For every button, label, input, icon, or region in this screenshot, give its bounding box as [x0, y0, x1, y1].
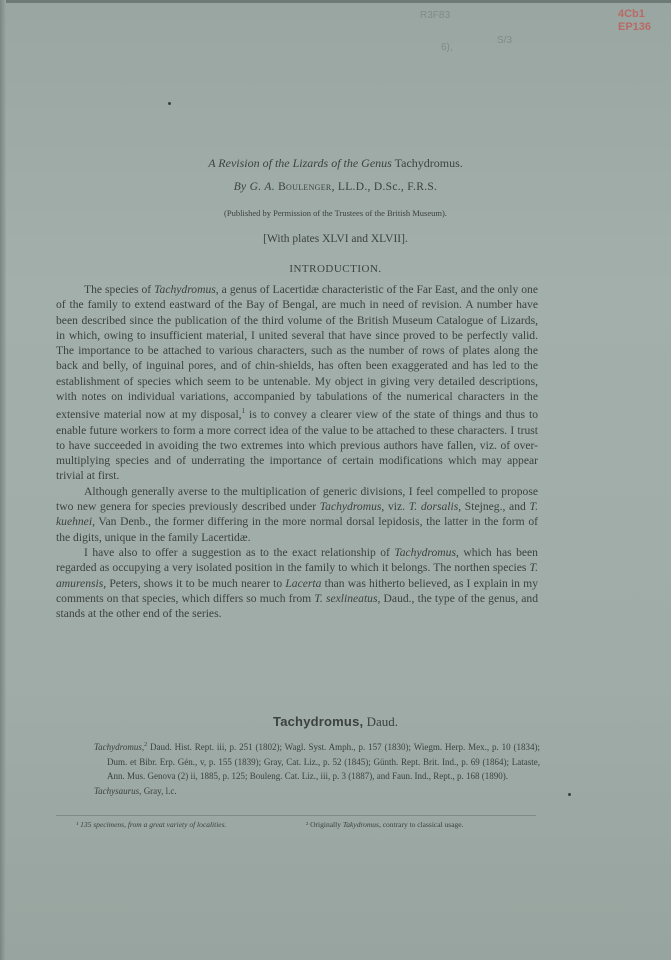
- scanned-page: R3F83 6), S/3 4Cb1 EP136 A Revision of t…: [0, 0, 671, 960]
- page-top-edge: [0, 0, 671, 3]
- library-stamp: 4Cb1 EP136: [618, 8, 651, 34]
- paragraph: I have also to offer a suggestion as to …: [56, 545, 538, 621]
- page-left-edge: [0, 0, 6, 960]
- synonymy-entry: Tachydromus,2 Daud. Hist. Rept. iii, p. …: [94, 738, 540, 784]
- paragraph: The species of Tachydromus, a genus of L…: [56, 282, 538, 484]
- section-heading: INTRODUCTION.: [0, 263, 671, 275]
- pencil-note: R3F83: [420, 10, 450, 21]
- paper-title: A Revision of the Lizards of the Genus T…: [0, 156, 671, 171]
- synonymy-list: Tachydromus,2 Daud. Hist. Rept. iii, p. …: [94, 738, 540, 798]
- footnote-rule: [56, 815, 536, 816]
- pencil-note: S/3: [497, 35, 512, 46]
- plates-note: [With plates XLVI and XLVII].: [0, 233, 671, 245]
- speck: [168, 102, 171, 105]
- footnote-1: ¹ 135 specimens, from a great variety of…: [76, 820, 226, 829]
- author-byline: By G. A. Boulenger, LL.D., D.Sc., F.R.S.: [0, 181, 671, 193]
- speck: [568, 793, 571, 796]
- pencil-note: 6),: [441, 42, 453, 53]
- genus-heading: Tachydromus, Daud.: [0, 714, 671, 730]
- footnote-2: ² Originally Takydromus, contrary to cla…: [306, 820, 464, 829]
- publication-note: (Published by Permission of the Trustees…: [0, 208, 671, 218]
- synonymy-entry: Tachysaurus, Gray, l.c.: [94, 784, 540, 799]
- paragraph: Although generally averse to the multipl…: [56, 484, 538, 545]
- introduction-body: The species of Tachydromus, a genus of L…: [56, 282, 538, 621]
